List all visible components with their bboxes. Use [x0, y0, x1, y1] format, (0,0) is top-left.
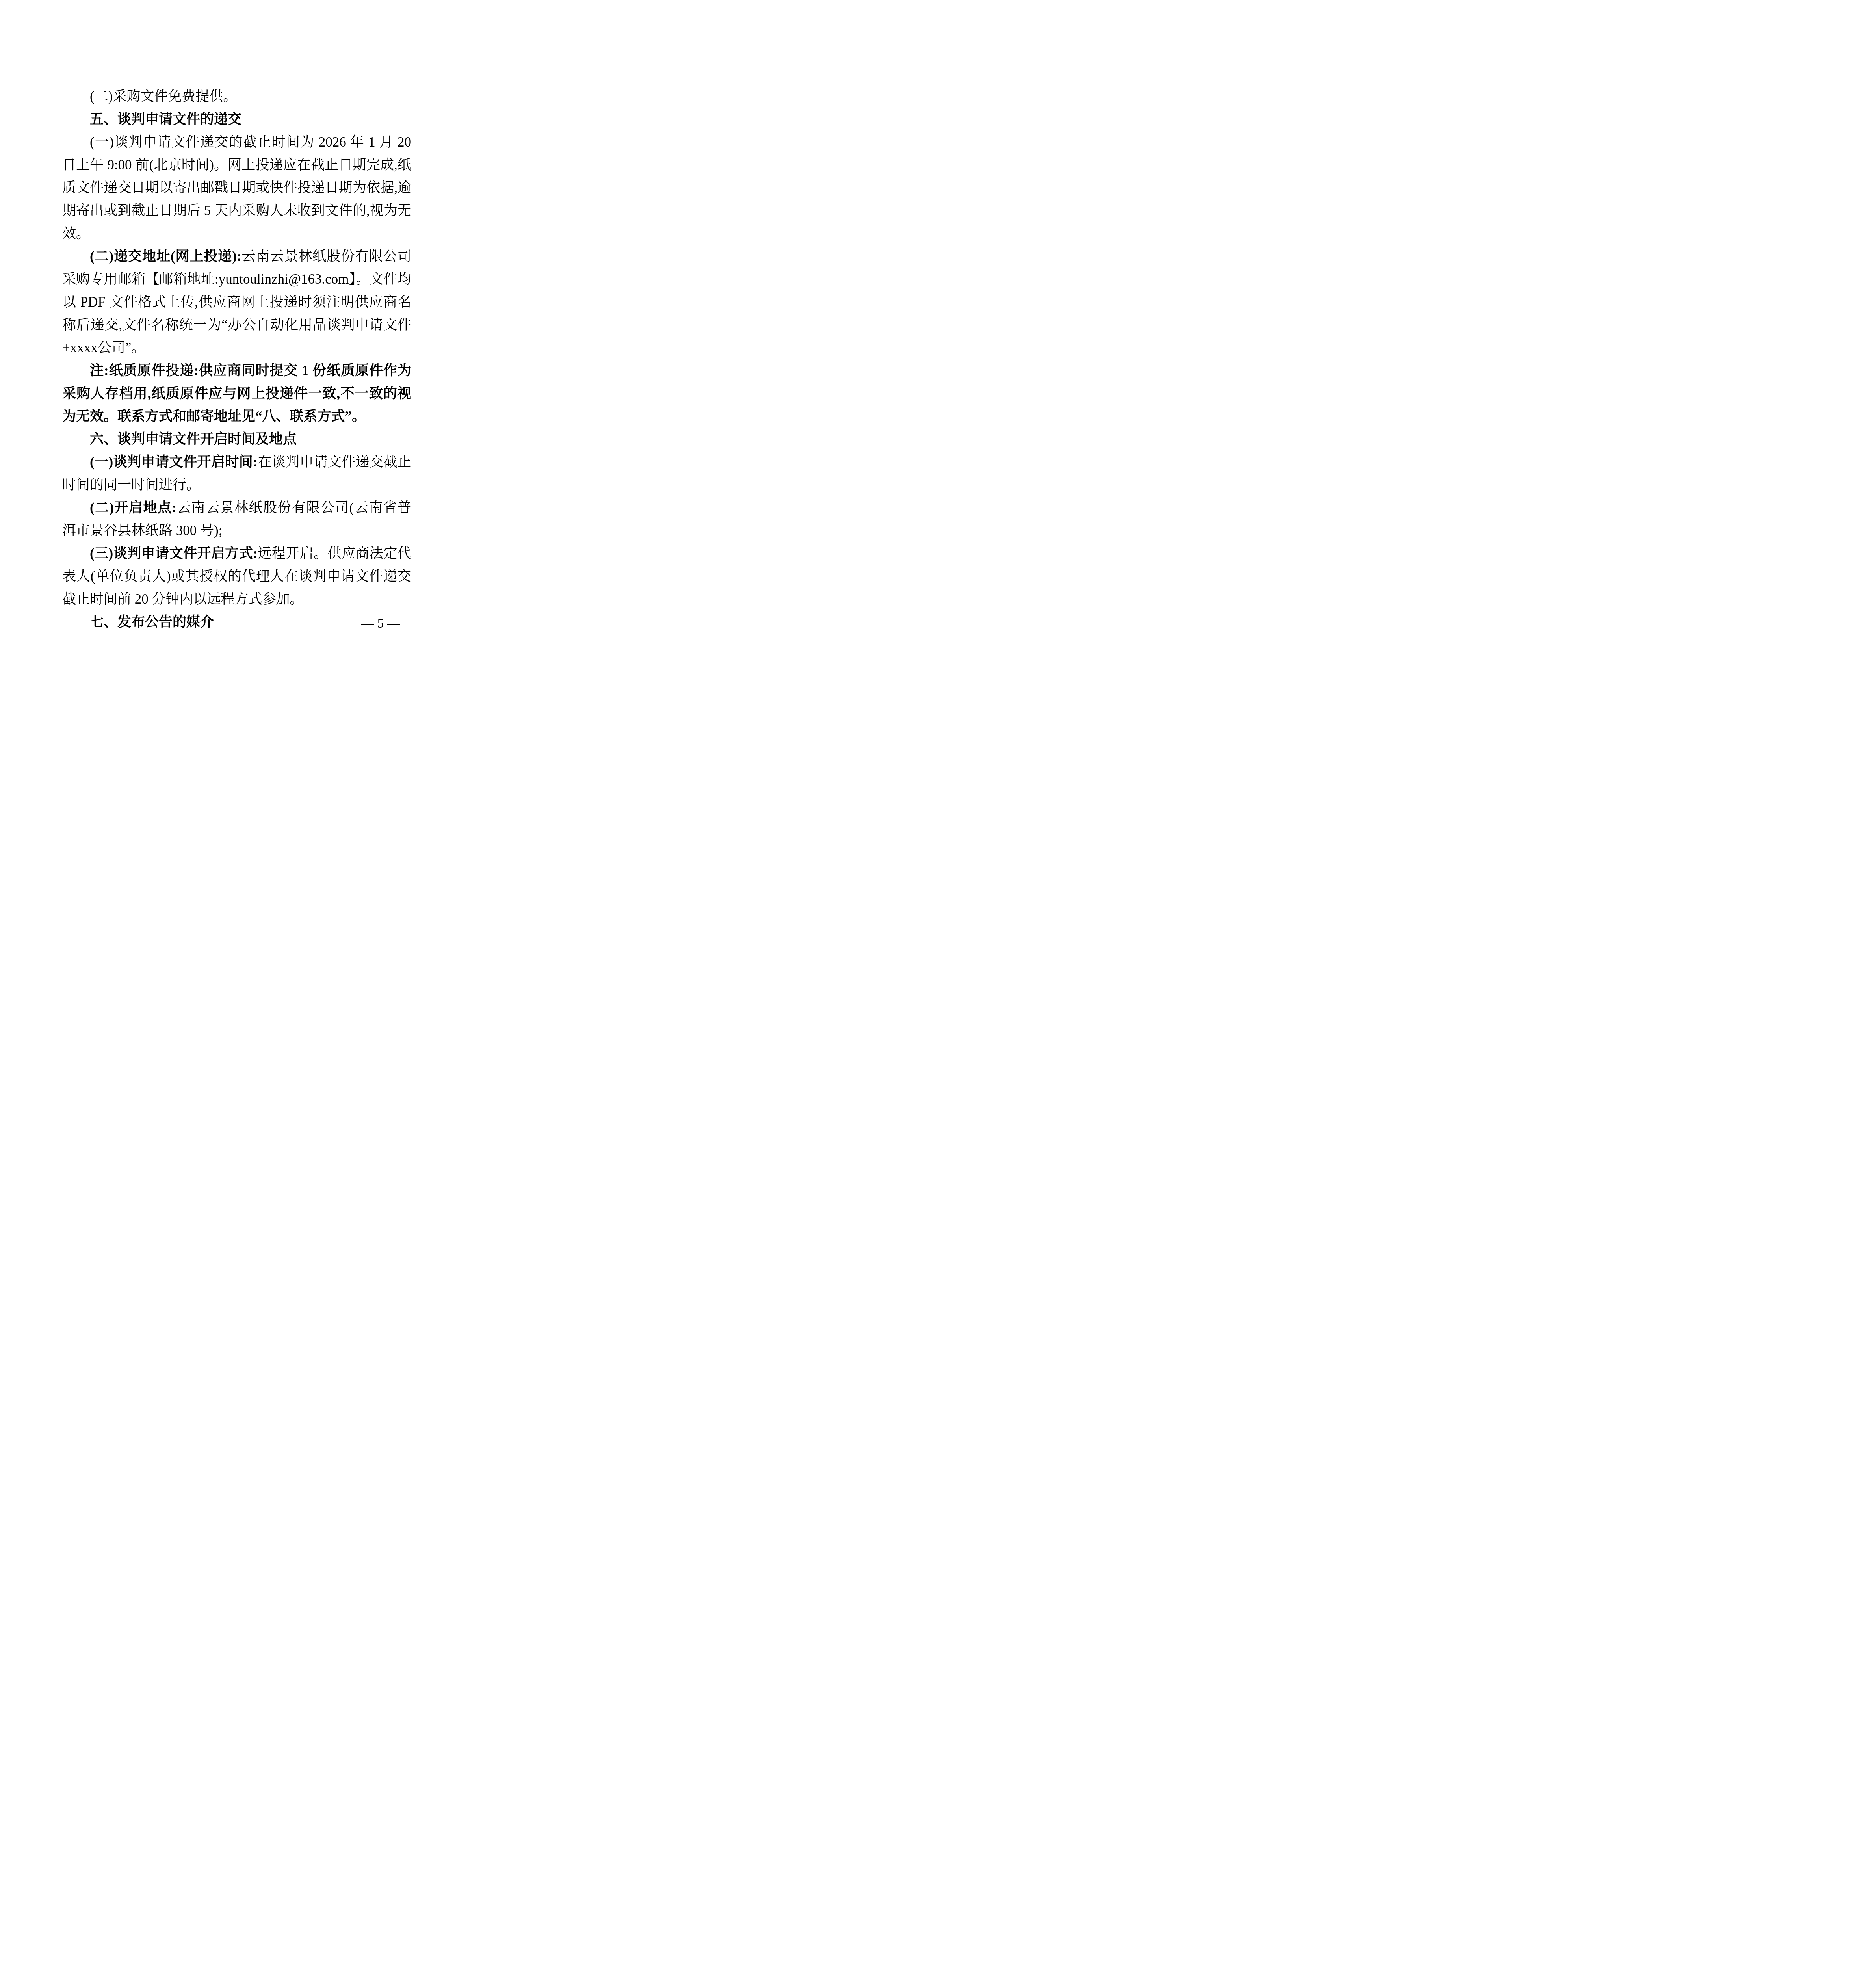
- heading-text: 六、谈判申请文件开启时间及地点: [90, 431, 297, 447]
- email-address: yuntoulinzhi@163.com: [219, 271, 349, 287]
- paragraph-note-paper-original: 注:纸质原件投递:供应商同时提交 1 份纸质原件作为采购人存档用,纸质原件应与网…: [62, 359, 411, 428]
- document-page: (二)采购文件免费提供。 五、谈判申请文件的递交 (一)谈判申请文件递交的截止时…: [0, 0, 469, 663]
- heading-text: 五、谈判申请文件的递交: [90, 112, 241, 127]
- paragraph-label-bold: (二)递交地址(网上投递):: [90, 249, 241, 264]
- paragraph-label-bold: (二)开启地点:: [90, 500, 176, 515]
- paragraph-submission-address: (二)递交地址(网上投递):云南云景林纸股份有限公司采购专用邮箱【邮箱地址:yu…: [62, 245, 411, 359]
- paragraph-label-bold: (一)谈判申请文件开启时间:: [90, 454, 258, 470]
- document-body: (二)采购文件免费提供。 五、谈判申请文件的递交 (一)谈判申请文件递交的截止时…: [62, 85, 411, 634]
- paragraph-deadline: (一)谈判申请文件递交的截止时间为 2026 年 1 月 20 日上午 9:00…: [62, 131, 411, 245]
- paragraph-docs-free: (二)采购文件免费提供。: [62, 85, 411, 108]
- paragraph-opening-method: (三)谈判申请文件开启方式:远程开启。供应商法定代表人(单位负责人)或其授权的代…: [62, 542, 411, 611]
- heading-text: 七、发布公告的媒介: [90, 614, 214, 630]
- heading-section-5-submission: 五、谈判申请文件的递交: [62, 108, 411, 131]
- paragraph-text: 注:纸质原件投递:供应商同时提交 1 份纸质原件作为采购人存档用,纸质原件应与网…: [62, 363, 411, 424]
- paragraph-opening-location: (二)开启地点:云南云景林纸股份有限公司(云南省普洱市景谷县林纸路 300 号)…: [62, 496, 411, 542]
- paragraph-text: (二)采购文件免费提供。: [90, 89, 237, 104]
- page-number: — 5 —: [349, 612, 412, 635]
- paragraph-text: (一)谈判申请文件递交的截止时间为 2026 年 1 月 20 日上午 9:00…: [62, 134, 411, 241]
- paragraph-label-bold: (三)谈判申请文件开启方式:: [90, 546, 258, 561]
- paragraph-opening-time: (一)谈判申请文件开启时间:在谈判申请文件递交截止时间的同一时间进行。: [62, 451, 411, 496]
- heading-section-6-opening: 六、谈判申请文件开启时间及地点: [62, 428, 411, 451]
